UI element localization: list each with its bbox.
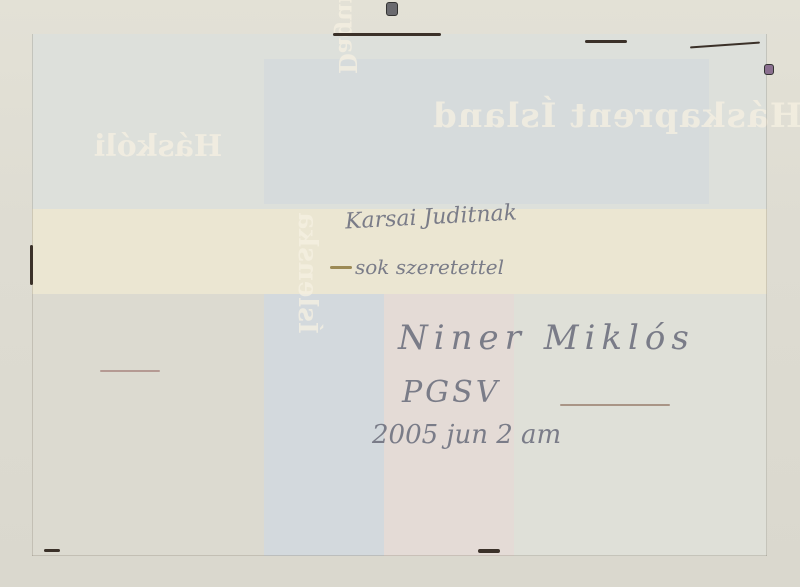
inscription-date: 2005 jun 2 am [372,420,561,450]
tear-top-center [333,33,441,36]
stain-streak [100,370,160,372]
tear-top-right [585,40,627,43]
inscription-line-2: sok szeretettel [355,255,504,279]
showthrough-print-vertical: Íslenska [292,212,322,334]
board-backing: Háskaprent Ísland Háskóli Íslenska Dagur… [0,0,800,587]
tear-bottom-left [44,549,60,552]
inscription-line-4: PGSV [402,375,500,410]
right-fold-line [766,34,767,556]
blue-panel [264,294,384,556]
left-fold-line [32,34,33,556]
inscription-signature: Niner Miklós [398,318,695,358]
stain-streak-right [560,404,670,406]
showthrough-print-top-right: Háskaprent Ísland [432,96,800,136]
stain-smudge [330,266,352,269]
showthrough-print-top-left: Háskóli [94,129,222,164]
bottom-fold-line [32,555,767,556]
left-panel [32,294,264,556]
tear-bottom [478,549,500,553]
paper-backing: Háskaprent Ísland Háskóli Íslenska Dagur [32,34,767,556]
showthrough-print-vertical-top: Dagur [333,0,362,74]
tear-left-edge [30,245,33,285]
hanging-clip [386,2,398,16]
stain-mark [764,64,774,75]
